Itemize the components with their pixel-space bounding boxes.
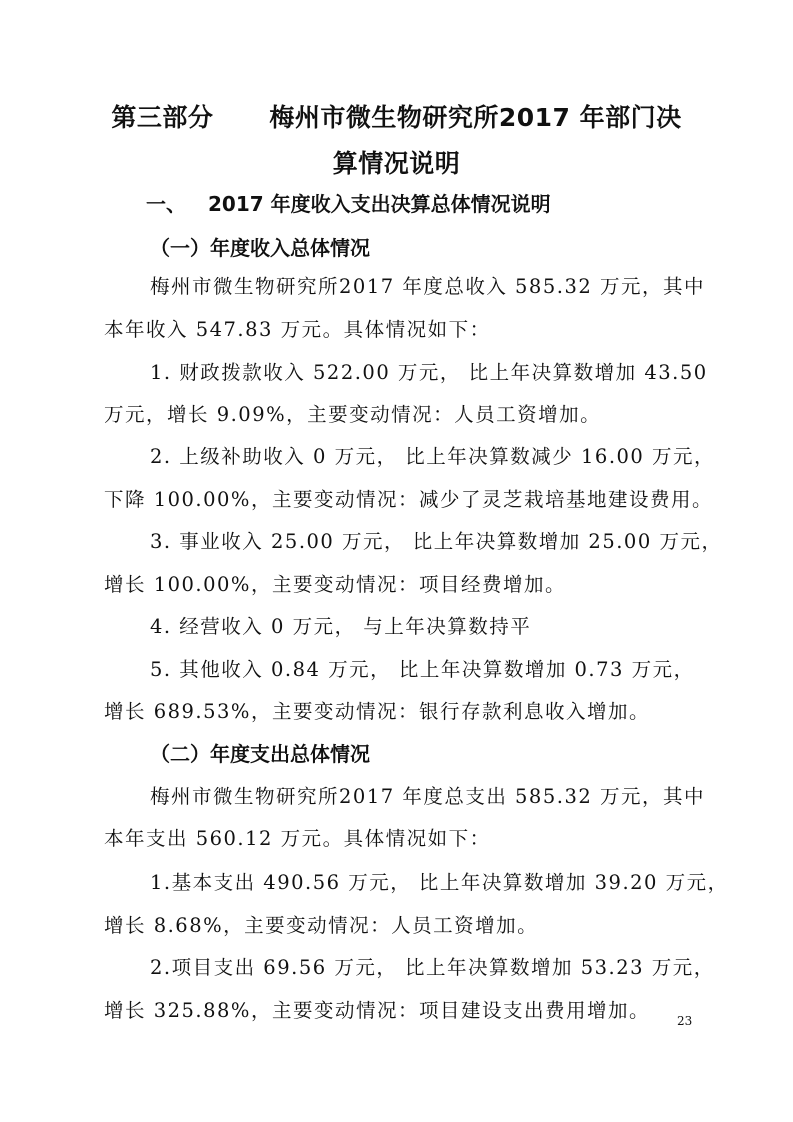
expense-paragraph-line: 增长 325.88%，主要变动情况：项目建设支出费用增加。 [104,995,650,1023]
section-number: 一、 [146,192,186,216]
section-title: 2017 年度收入支出决算总体情况说明 [208,192,551,216]
expense-paragraph-line: 梅州市微生物研究所2017 年度总支出 585.32 万元，其中 [150,781,705,809]
page-title-line2: 算情况说明 [0,144,793,180]
expense-paragraph-line: 本年支出 560.12 万元。具体情况如下： [104,823,491,851]
income-paragraph-line: 5. 其他收入 0.84 万元， 比上年决算数增加 0.73 万元， [150,654,695,682]
income-paragraph-line: 1. 财政拨款收入 522.00 万元， 比上年决算数增加 43.50 [150,357,708,385]
income-paragraph-line: 梅州市微生物研究所2017 年度总收入 585.32 万元，其中 [150,271,705,299]
expense-paragraph-line: 1.基本支出 490.56 万元， 比上年决算数增加 39.20 万元， [150,867,729,895]
income-paragraph-line: 万元，增长 9.09%，主要变动情况：人员工资增加。 [104,399,601,427]
income-paragraph-line: 本年收入 547.83 万元。具体情况如下： [104,314,491,342]
income-paragraph-line: 2. 上级补助收入 0 万元， 比上年决算数减少 16.00 万元， [150,441,715,469]
income-paragraph-line: 增长 100.00%，主要变动情况：项目经费增加。 [104,569,566,597]
expense-paragraph-line: 2.项目支出 69.56 万元， 比上年决算数增加 53.23 万元， [150,952,715,980]
part-label: 第三部分 [111,103,213,132]
page-number: 23 [677,1014,692,1028]
income-heading: （一）年度收入总体情况 [150,232,370,261]
income-paragraph-line: 增长 689.53%，主要变动情况：银行存款利息收入增加。 [104,696,650,724]
income-paragraph-line: 4. 经营收入 0 万元， 与上年决算数持平 [150,611,531,639]
title-text: 梅州市微生物研究所2017 年部门决 [269,103,681,132]
expense-heading: （二）年度支出总体情况 [150,738,370,767]
income-paragraph-line: 3. 事业收入 25.00 万元， 比上年决算数增加 25.00 万元， [150,526,722,554]
page-title-line1: 第三部分梅州市微生物研究所2017 年部门决 [0,98,793,134]
income-paragraph-line: 下降 100.00%，主要变动情况：减少了灵芝栽培基地建设费用。 [104,484,713,512]
section-heading: 一、2017 年度收入支出决算总体情况说明 [146,188,551,217]
expense-paragraph-line: 增长 8.68%，主要变动情况：人员工资增加。 [104,910,538,938]
